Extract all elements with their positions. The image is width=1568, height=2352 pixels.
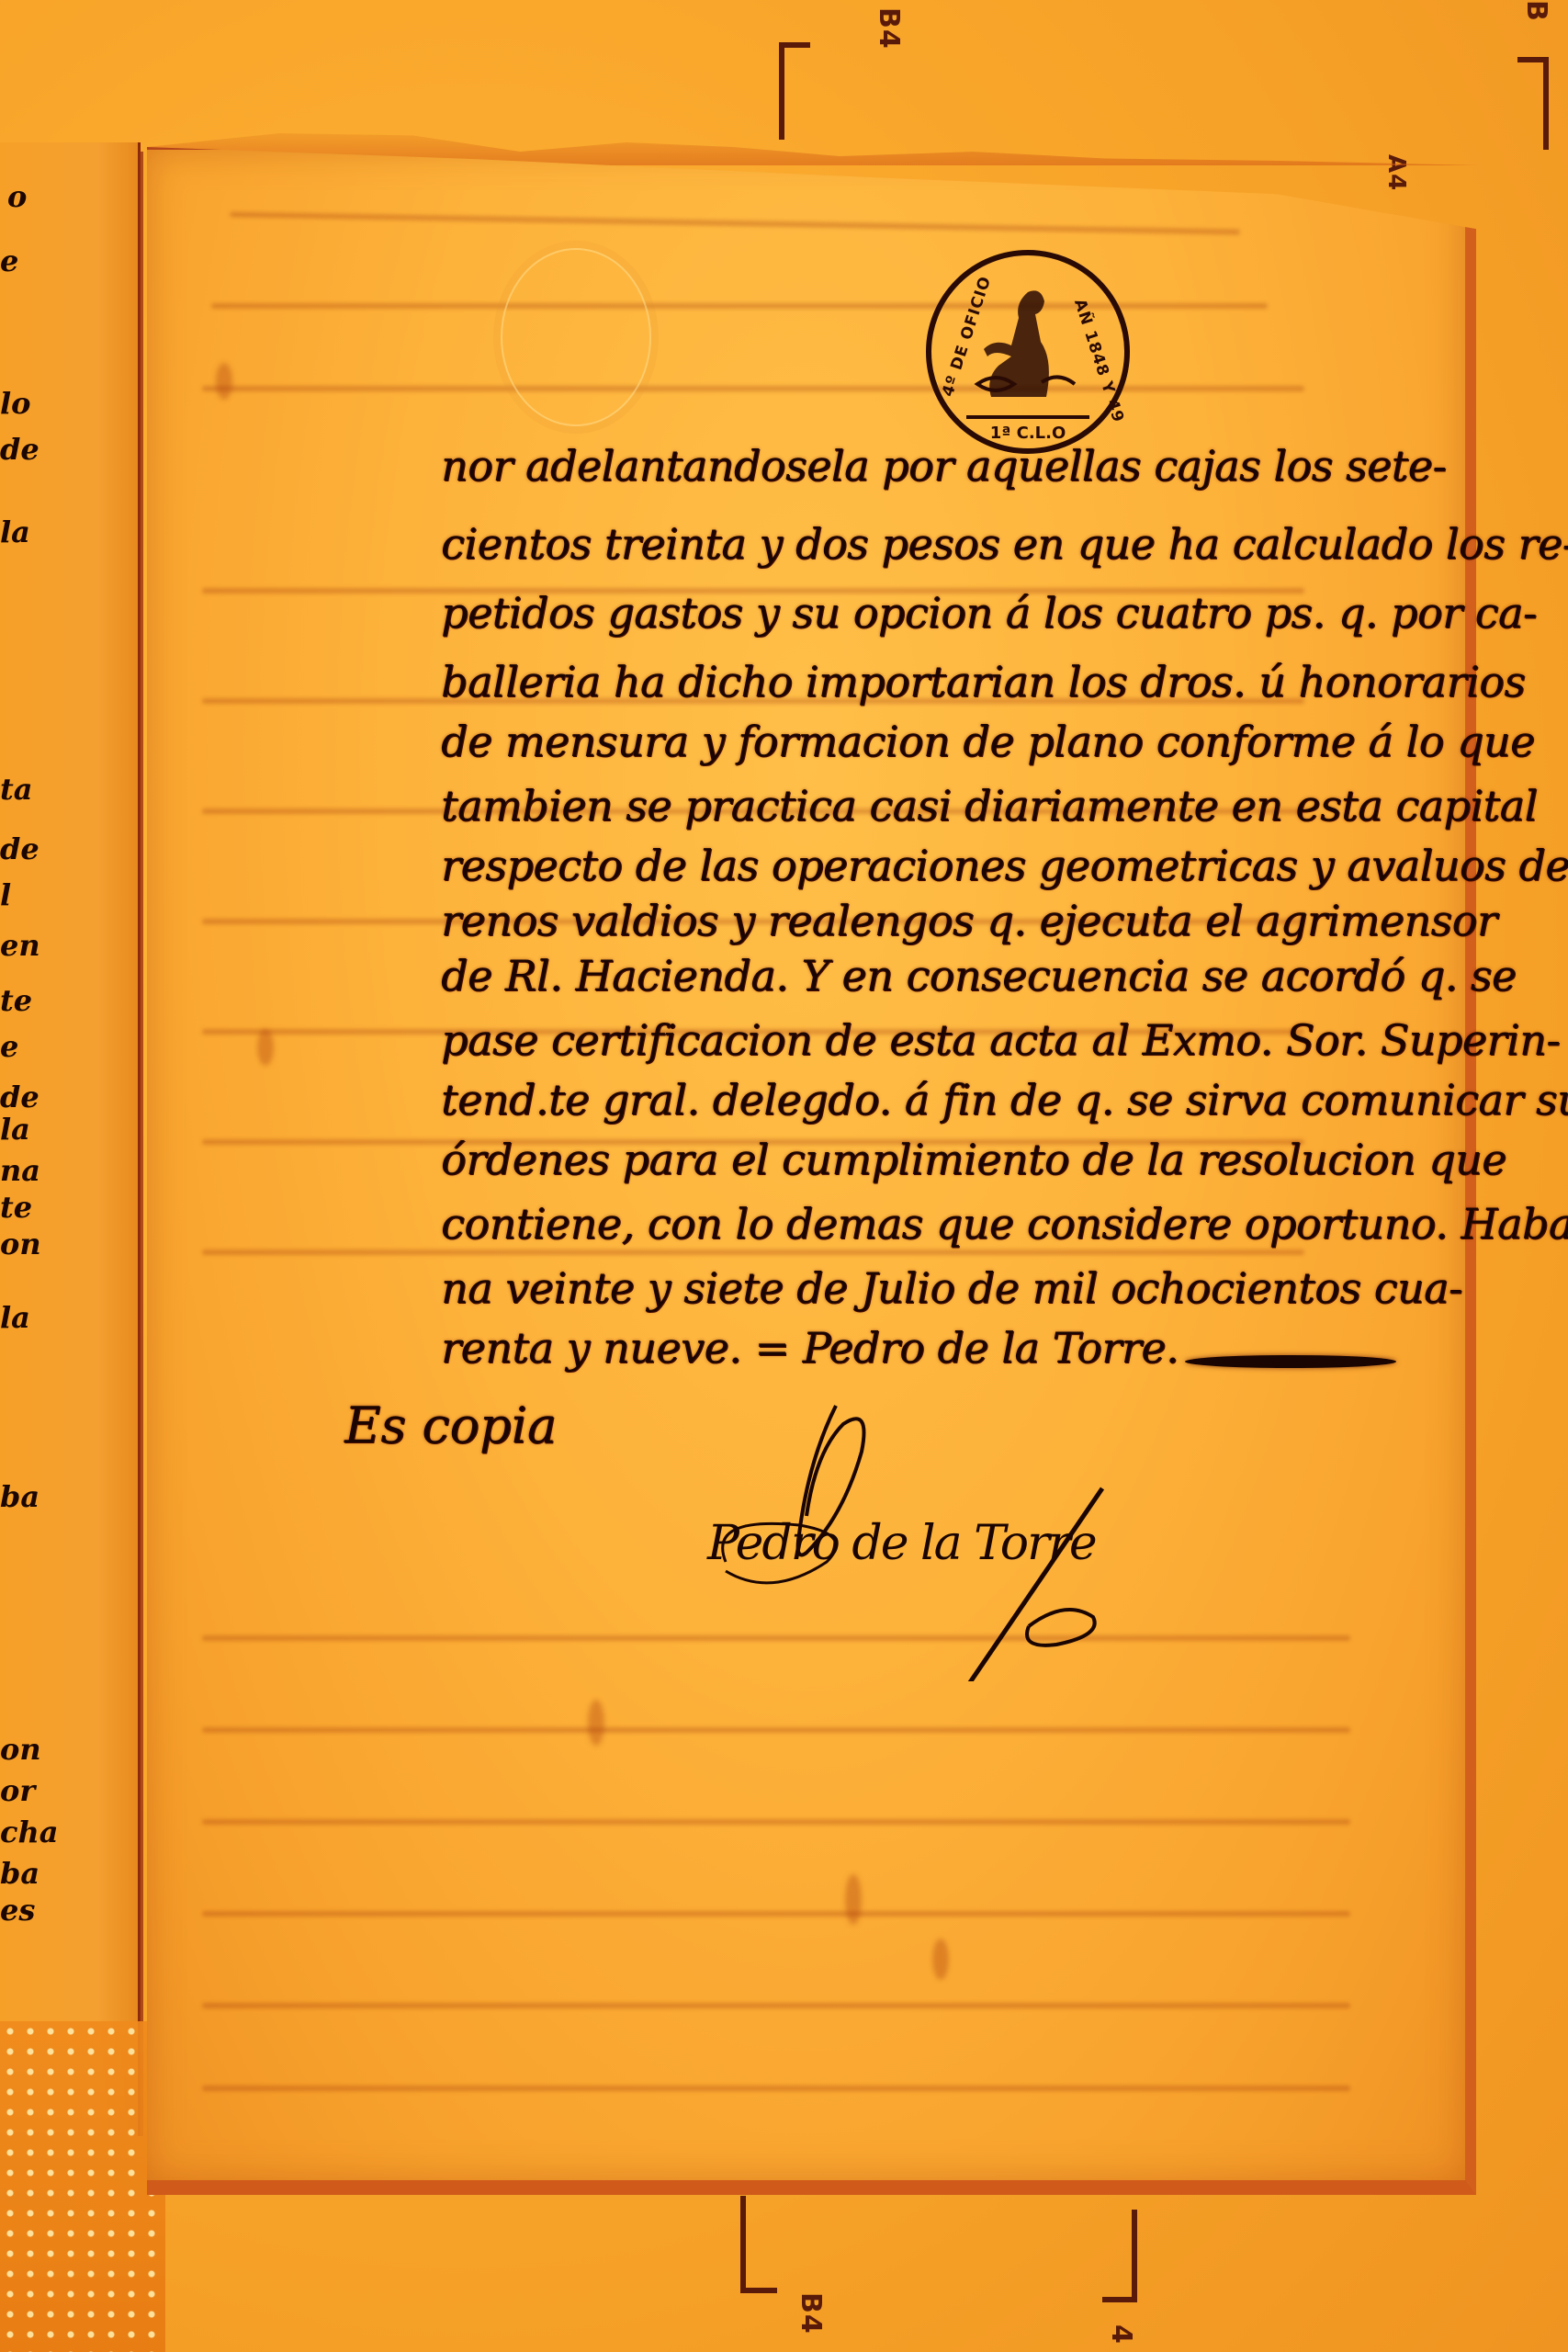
left-fragment: lo [0,386,31,421]
left-fragment: la [0,1300,30,1335]
left-fragment: on [0,1227,41,1261]
left-fragment: la [0,514,30,549]
manuscript-line: balleria ha dicho importarian los dros. … [441,657,1470,707]
es-copia-text: Es copia [344,1396,557,1454]
left-fragment: de [0,1080,39,1114]
left-fragment: or [0,1773,35,1808]
manuscript-line: petidos gastos y su opcion á los cuatro … [441,588,1470,638]
manuscript-line: tambien se practica casi diariamente en … [441,781,1470,831]
left-fragment: es [0,1893,35,1928]
manuscript-line: de Rl. Hacienda. Y en consecuencia se ac… [441,951,1470,1001]
left-fragment: la [0,1112,30,1147]
manuscript-line: de mensura y formacion de plano conforme… [441,717,1470,766]
seal-bottom-text: 1ª C.L.O [931,424,1124,443]
film-damage-dots [0,2021,165,2352]
manuscript-line: renos valdios y realengos q. ejecuta el … [441,896,1470,945]
seal-divider [966,415,1089,419]
crop-label-a4: A4 [1382,154,1410,191]
stamp-seal: 4º DE OFICIO AÑ 1848 Y 49 1ª C.L.O [926,250,1130,454]
crop-label-bottom-left: B4 [795,2292,827,2335]
manuscript-line: nor adelantandosela por aquellas cajas l… [441,441,1470,491]
left-fragment: l [0,877,11,912]
left-fragment: o [7,179,27,214]
closing-flourish [1185,1355,1396,1368]
signature-name: Pedro de la Torre [707,1516,1096,1571]
crop-mark-top-left [779,42,810,140]
left-fragment: ta [0,772,33,807]
manuscript-line: tend.te gral. delegdo. á fin de q. se si… [441,1075,1470,1125]
left-fragment: de [0,831,39,866]
left-fragment: ba [0,1856,39,1891]
crop-mark-top-right [1517,57,1549,150]
left-fragment: on [0,1732,41,1767]
left-fragment: e [0,1029,18,1064]
crop-label-top-right: B [1520,0,1552,22]
left-fragment: e [0,243,18,278]
crop-label-bottom-right: 4 [1105,2324,1137,2345]
left-fragment: te [0,983,32,1018]
manuscript-line: contiene, con lo demas que considere opo… [441,1199,1470,1249]
crop-mark-bottom-right [1102,2210,1137,2302]
left-fragment: na [0,1153,40,1188]
crop-label-top-left: B4 [873,7,905,50]
left-page-binding [140,152,143,2136]
left-fragment: de [0,432,39,467]
manuscript-line: respecto de las operaciones geometricas … [441,841,1470,890]
manuscript-line: cientos treinta y dos pesos en que ha ca… [441,519,1470,569]
left-fragment: te [0,1190,32,1225]
manuscript-line: pase certificacion de esta acta al Exmo.… [441,1015,1470,1065]
left-fragment: ba [0,1479,39,1514]
left-fragment: cha [0,1815,58,1849]
left-fragment: en [0,928,40,963]
embossed-seal [501,248,651,426]
crop-mark-bottom-left [740,2196,777,2293]
manuscript-line: órdenes para el cumplimiento de la resol… [441,1135,1470,1184]
manuscript-line: na veinte y siete de Julio de mil ochoci… [441,1263,1470,1313]
